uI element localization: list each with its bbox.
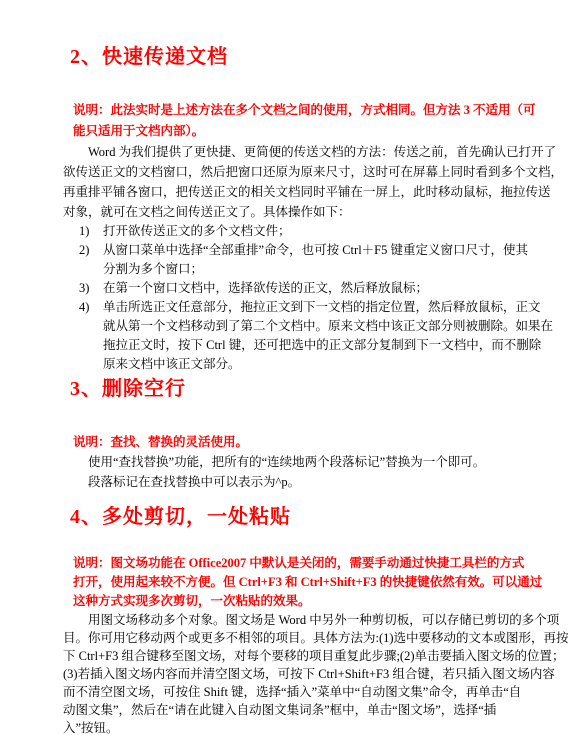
list-item-number: 4) (79, 298, 99, 317)
text-line: 用图文场移动多个对象。图文场是 Word 中另外一种剪切板，可以存储已剪切的多个… (63, 611, 533, 629)
note-paragraph: 说明：此法实时是上述方法在多个文档之间的使用，方式相同。但方法 3 不适用（可能… (73, 100, 533, 142)
body-paragraph: 用图文场移动多个对象。图文场是 Word 中另外一种剪切板，可以存储已剪切的多个… (63, 611, 533, 735)
list-item-text: 打开欲传送正文的多个文档文件； (103, 222, 533, 241)
list-item-text: 单击所选正文任意部分，拖拉正文到下一文档的指定位置，然后释放鼠标，正文就从第一个… (103, 298, 533, 374)
list-item-text: 在第一个窗口文档中，选择欲传送的正文，然后释放鼠标； (103, 279, 533, 298)
text-line: 说明：查找、替换的灵活使用。 (73, 432, 533, 452)
text-line: 入”按钮。 (63, 719, 533, 735)
list-item-text: 从窗口菜单中选择“全部重排”命令，也可按 Ctrl＋F5 键重定义窗口尺寸，使其… (103, 241, 533, 279)
numbered-list: 1) 打开欲传送正文的多个文档文件； 2) 从窗口菜单中选择“全部重排”命令，也… (63, 222, 533, 374)
text-line: 再重排平铺各窗口，把传送正文的相关文档同时平铺在一屏上，此时移动鼠标，拖拉传送 (63, 182, 533, 202)
list-item: 2) 从窗口菜单中选择“全部重排”命令，也可按 Ctrl＋F5 键重定义窗口尺寸… (103, 241, 533, 279)
text-line: 在第一个窗口文档中，选择欲传送的正文，然后释放鼠标； (103, 279, 533, 298)
section-heading: 2、快速传递文档 (70, 44, 533, 70)
text-line: 说明：图文场功能在 Office2007 中默认是关闭的，需要手动通过快捷工具栏… (73, 554, 533, 573)
text-line: 原来文档中该正文部分。 (103, 355, 533, 374)
text-line: 说明：此法实时是上述方法在多个文档之间的使用，方式相同。但方法 3 不适用（可 (73, 100, 533, 121)
text-line: 拖拉正文时，按下 Ctrl 键，还可把选中的正文部分复制到下一文档中，而不删除 (103, 336, 533, 355)
text-line: 这种方式实现多次剪切，一次粘贴的效果。 (73, 592, 533, 611)
body-paragraph: 使用“查找替换”功能，把所有的“连续地两个段落标记”替换为一个即可。段落标记在查… (63, 452, 533, 492)
text-line: 段落标记在查找替换中可以表示为^p。 (63, 472, 533, 492)
text-line: 使用“查找替换”功能，把所有的“连续地两个段落标记”替换为一个即可。 (63, 452, 533, 472)
list-item: 1) 打开欲传送正文的多个文档文件； (103, 222, 533, 241)
text-line: (3)若插入图文场内容而并清空图文场，可按下 Ctrl+Shift+F3 组合键… (63, 665, 533, 683)
text-line: 而不清空图文场，可按住 Shift 键，选择“插入”菜单中“自动图文集”命令，再… (63, 683, 533, 701)
text-line: 下 Ctrl+F3 组合键移至图文场，对每个要移的项目重复此步骤;(2)单击要插… (63, 647, 533, 665)
section-delete-blank-lines: 3、删除空行 说明：查找、替换的灵活使用。 使用“查找替换”功能，把所有的“连续… (63, 376, 533, 492)
text-line: 动图文集”，然后在“请在此键入自动图文集词条”框中，单击“图文场”，选择“插 (63, 701, 533, 719)
document-page: 2、快速传递文档 说明：此法实时是上述方法在多个文档之间的使用，方式相同。但方法… (0, 0, 569, 735)
text-line: 从窗口菜单中选择“全部重排”命令，也可按 Ctrl＋F5 键重定义窗口尺寸，使其 (103, 241, 533, 260)
body-paragraph: Word 为我们提供了更快捷、更简便的传送文档的方法：传送之前，首先确认已打开了… (63, 142, 533, 222)
list-item: 3) 在第一个窗口文档中，选择欲传送的正文，然后释放鼠标； (103, 279, 533, 298)
section-heading: 4、多处剪切，一处粘贴 (70, 504, 533, 530)
text-line: 打开欲传送正文的多个文档文件； (103, 222, 533, 241)
text-line: 能只适用于文档内部）。 (73, 121, 533, 142)
text-line: Word 为我们提供了更快捷、更简便的传送文档的方法：传送之前，首先确认已打开了 (63, 142, 533, 162)
text-line: 目。你可用它移动两个或更多不相邻的项目。具体方法为:(1)选中要移动的文本或图形… (63, 629, 533, 647)
note-paragraph: 说明：查找、替换的灵活使用。 (73, 432, 533, 452)
list-item: 4) 单击所选正文任意部分，拖拉正文到下一文档的指定位置，然后释放鼠标，正文就从… (103, 298, 533, 374)
text-line: 对象，就可在文档之间传送正文了。具体操作如下： (63, 202, 533, 222)
text-line: 分割为多个窗口； (103, 260, 533, 279)
text-line: 就从第一个文档移动到了第二个文档中。原来文档中该正文部分则被删除。如果在 (103, 317, 533, 336)
list-item-number: 1) (79, 222, 99, 241)
section-multi-cut-single-paste: 4、多处剪切，一处粘贴 说明：图文场功能在 Office2007 中默认是关闭的… (63, 504, 533, 735)
text-line: 打开，使用起来较不方便。但 Ctrl+F3 和 Ctrl+Shift+F3 的快… (73, 573, 533, 592)
section-quick-transfer: 2、快速传递文档 说明：此法实时是上述方法在多个文档之间的使用，方式相同。但方法… (63, 44, 533, 374)
list-item-number: 3) (79, 279, 99, 298)
list-item-number: 2) (79, 241, 99, 260)
note-paragraph: 说明：图文场功能在 Office2007 中默认是关闭的，需要手动通过快捷工具栏… (73, 554, 533, 611)
text-line: 欲传送正文的文档窗口，然后把窗口还原为原来尺寸，这时可在屏幕上同时看到多个文档， (63, 162, 533, 182)
text-line: 单击所选正文任意部分，拖拉正文到下一文档的指定位置，然后释放鼠标，正文 (103, 298, 533, 317)
section-heading: 3、删除空行 (70, 376, 533, 402)
